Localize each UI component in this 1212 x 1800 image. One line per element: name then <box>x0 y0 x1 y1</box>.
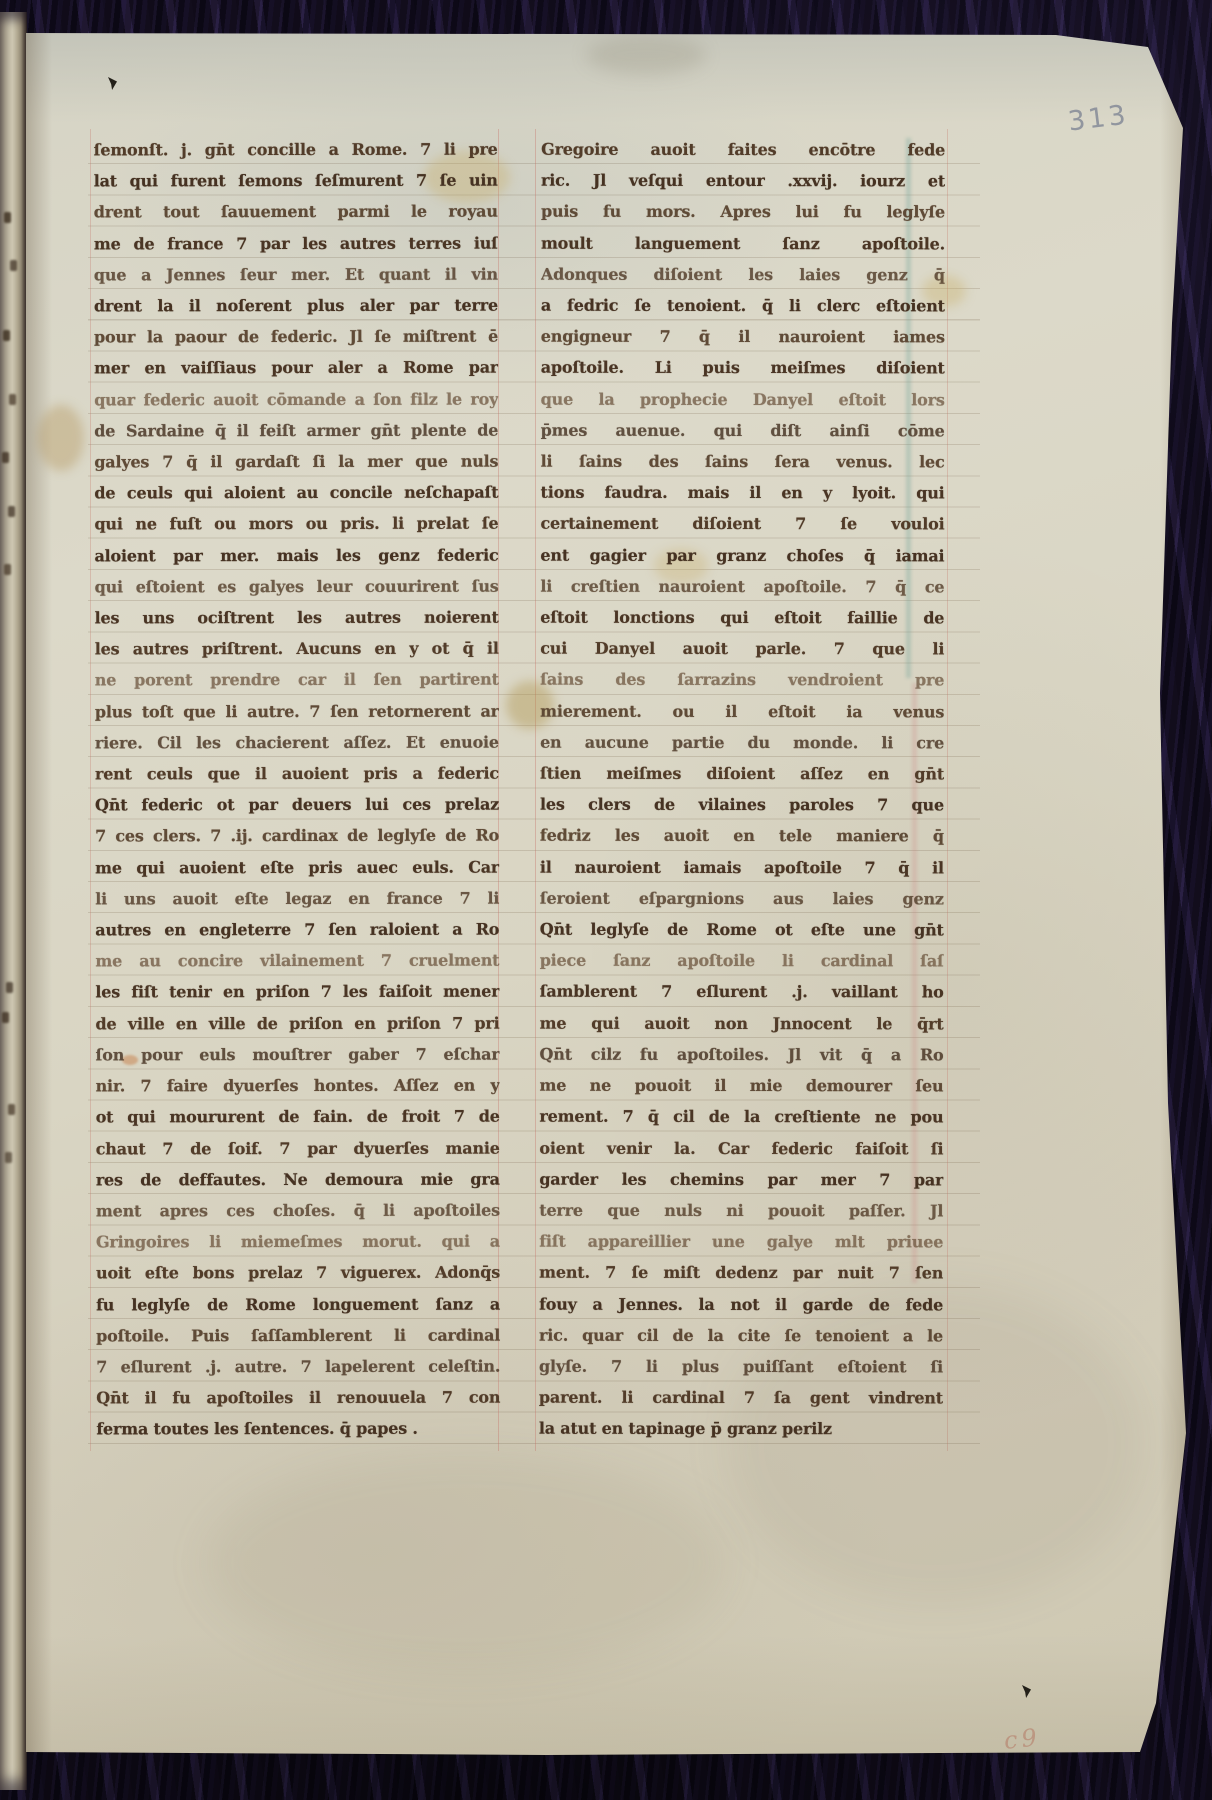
text-line: certainement diſoient 7 ſe vouloi <box>540 508 944 540</box>
text-line: ment apres ces choſes. q̄ li apoſtoiles <box>96 1194 500 1226</box>
text-line: me qui auoient eſte pris auec euls. Car <box>95 851 499 883</box>
text-line: a fedric ſe tenoient. q̄ li clerc eſtoie… <box>541 290 945 322</box>
text-line: rement. 7 q̄ cil de la creſtiente ne pou <box>539 1101 943 1133</box>
text-line: Gregoire auoit faites encōtre fede <box>541 134 945 166</box>
text-line: drent tout ſauuement parmi le royau <box>94 196 498 228</box>
text-line: ment. 7 ſe miſt dedenz par nuit 7 ſen <box>539 1257 943 1289</box>
text-line: fiſt appareillier une galye mlt priuee <box>539 1226 943 1258</box>
text-line: li creſtien nauroient apoſtoile. 7 q̄ ce <box>540 570 944 602</box>
text-line: qui eſtoient es galyes leur couurirent ſ… <box>95 570 499 602</box>
text-line: drent la il noſerent plus aler par terre <box>94 290 498 322</box>
text-line: qui ne fuſt ou mors ou pris. li prelat ſ… <box>94 508 498 540</box>
text-line: que a Jennes ſeur mer. Et quant il vin <box>94 258 498 290</box>
text-line: me de france 7 par les autres terres iuſ <box>94 227 498 259</box>
text-line: pour la paour de federic. Jl ſe miſtrent… <box>94 321 498 353</box>
text-line: les clers de vilaines paroles 7 que <box>540 789 944 821</box>
text-line: me au concire vilainement 7 cruelment <box>95 945 499 977</box>
text-line: tions faudra. mais il en y lyoit. qui <box>540 477 944 509</box>
text-line: que la prophecie Danyel eſtoit lors <box>541 383 945 415</box>
text-line: il nauroient iamais apoſtoile 7 q̄ il <box>540 851 944 883</box>
text-line: ric. quar cil de la cite ſe tenoient a l… <box>539 1319 943 1351</box>
text-line: eſtoit lonctions qui eſtoit faillie de <box>540 602 944 634</box>
text-line: la atut en tapinage p̄ granz perilz <box>539 1413 943 1445</box>
stain <box>586 35 706 75</box>
text-line: poſtoile. Puis ſaſſamblerent li cardinal <box>96 1319 500 1351</box>
text-line: de Sardaine q̄ il feiſt armer gn̄t plent… <box>94 414 498 446</box>
text-line: apoſtoile. Li puis meiſmes diſoient <box>541 352 945 384</box>
text-line: aloient par mer. mais les genz federic <box>94 539 498 571</box>
folio-number: 313 <box>1066 99 1130 137</box>
parchment-page: 313 ſemonſt. j. gn̄t concille a Rome. 7 … <box>26 33 1190 1755</box>
text-line: les autres priſtrent. Aucuns en y ot q̄ … <box>95 633 499 665</box>
text-line: Qn̄t leglyſe de Rome ot eſte une gn̄t <box>540 914 944 946</box>
text-line: lat qui furent ſemons ſeſmurent 7 ſe uin <box>94 165 498 197</box>
text-line: Adonques diſoient les laies genz q̄ <box>541 258 945 290</box>
text-line: oient venir la. Car federic faiſoit ſi <box>539 1132 943 1164</box>
text-line: autres en engleterre 7 ſen raloient a Ro <box>95 914 499 946</box>
stain <box>206 1453 726 1673</box>
text-line: puis fu mors. Apres lui fu leglyſe <box>541 196 945 228</box>
text-line: fouy a Jennes. la not il garde de fede <box>539 1288 943 1320</box>
text-line: ot qui moururent de fain. de froit 7 de <box>96 1101 500 1133</box>
text-line: li uns auoit eſte legaz en france 7 li <box>95 882 499 914</box>
text-line: ric. Jl veſqui entour .xxvij. iourz et <box>541 165 945 197</box>
text-line: ſon pour euls mouſtrer gaber 7 eſchar <box>96 1038 500 1070</box>
text-line: galyes 7 q̄ il gardaſt ſi la mer que nul… <box>94 446 498 478</box>
text-line: riere. Cil les chacierent aſſez. Et enuo… <box>95 726 499 758</box>
text-line: ent gagier par granz choſes q̄ iamai <box>540 539 944 571</box>
text-line: de ville en ville de priſon en priſon 7 … <box>95 1007 499 1039</box>
corner-inscription: c9 <box>1003 1723 1042 1755</box>
text-line: en aucune partie du monde. li cre <box>540 727 944 759</box>
ruling-line-vertical <box>90 129 91 1451</box>
text-line: parent. li cardinal 7 ſa gent vindrent <box>539 1382 943 1414</box>
text-line: Qn̄t il fu apoſtoiles il renouuela 7 con <box>96 1382 500 1414</box>
text-line: ferma toutes les ſentences. q̄ papes . <box>96 1413 500 1445</box>
text-line: glyſe. 7 li plus puiſſant eſtoient ſi <box>539 1351 943 1383</box>
text-line: res de deffautes. Ne demoura mie gra <box>96 1163 500 1195</box>
text-line: Qn̄t cilz fu apoſtoiles. Jl vit q̄ a Ro <box>540 1039 944 1071</box>
text-line: p̄mes auenue. qui diſt ainſi cōme <box>541 414 945 446</box>
text-line: les fiſt tenir en priſon 7 les faiſoit m… <box>95 976 499 1008</box>
text-line: fedriz les auoit en tele maniere q̄ <box>540 820 944 852</box>
text-line: rent ceuls que il auoient pris a federic <box>95 758 499 790</box>
text-line: mer en vaiſſiaus pour aler a Rome par <box>94 352 498 384</box>
ink-mark <box>1022 1685 1031 1698</box>
text-line: me qui auoit non Jnnocent le q̄rt <box>540 1007 944 1039</box>
text-line: quar federic auoit cōmande a ſon filz l… <box>94 383 498 415</box>
text-line: 7 eſlurent .j. autre. 7 lapelerent celeſ… <box>96 1350 500 1382</box>
text-column-right: Gregoire auoit faites encōtre federic. … <box>539 134 945 1451</box>
ink-mark <box>108 77 117 90</box>
facing-page-text-fragments <box>0 12 7 23</box>
text-line: Qn̄t federic ot par deuers lui ces prela… <box>95 789 499 821</box>
text-line: de ceuls qui aloient au concile neſchapa… <box>94 477 498 509</box>
text-line: fu leglyſe de Rome longuement ſanz a <box>96 1288 500 1320</box>
text-line: ſeroient eſpargnions aus laies genz <box>540 883 944 915</box>
text-line: ſtien meiſmes diſoient aſſez en gn̄t <box>540 758 944 790</box>
text-line: ſamblerent 7 eſlurent .j. vaillant ho <box>540 976 944 1008</box>
text-line: mierement. ou il eſtoit ia venus <box>540 695 944 727</box>
ruling-line-vertical <box>535 129 536 1451</box>
text-column-left: ſemonſt. j. gn̄t concille a Rome. 7 li p… <box>94 134 501 1451</box>
text-line: Gringoires li miemeſmes morut. qui a <box>96 1226 500 1258</box>
text-line: plus toſt que li autre. 7 ſen retorneren… <box>95 695 499 727</box>
text-line: cui Danyel auoit parle. 7 que li <box>540 633 944 665</box>
text-line: me ne pouoit il mie demourer ſeu <box>539 1070 943 1102</box>
text-line: moult languement ſanz apoſtoile. <box>541 227 945 259</box>
text-line: nir. 7 faire dyuerſes hontes. Aſſez en y <box>96 1070 500 1102</box>
text-line: ne porent prendre car il ſen partirent <box>95 664 499 696</box>
text-line: terre que nuls ni pouoit paſſer. Jl <box>539 1195 943 1227</box>
ruling-line-vertical <box>947 129 948 1451</box>
text-line: les uns ociſtrent les autres noierent <box>95 602 499 634</box>
manuscript-photo: 313 ſemonſt. j. gn̄t concille a Rome. 7 … <box>0 0 1212 1800</box>
stain <box>38 405 84 471</box>
text-line: ſemonſt. j. gn̄t concille a Rome. 7 li p… <box>94 134 498 166</box>
text-line: chaut 7 de ſoif. 7 par dyuerſes manie <box>96 1132 500 1164</box>
text-line: li ſains des ſains ſera venus. lec <box>541 446 945 478</box>
text-line: ſains des ſarrazins vendroient pre <box>540 664 944 696</box>
text-line: uoit eſte bons prelaz 7 viguerex. Adonq̄… <box>96 1257 500 1289</box>
text-line: piece ſanz apoſtoile li cardinal ſaſ <box>540 945 944 977</box>
text-line: engigneur 7 q̄ il nauroient iames <box>541 321 945 353</box>
facing-page-edge <box>0 12 27 1790</box>
text-line: 7 ces clers. 7 .ij. cardinax de leglyſe … <box>95 820 499 852</box>
text-line: garder les chemins par mer 7 par <box>539 1163 943 1195</box>
